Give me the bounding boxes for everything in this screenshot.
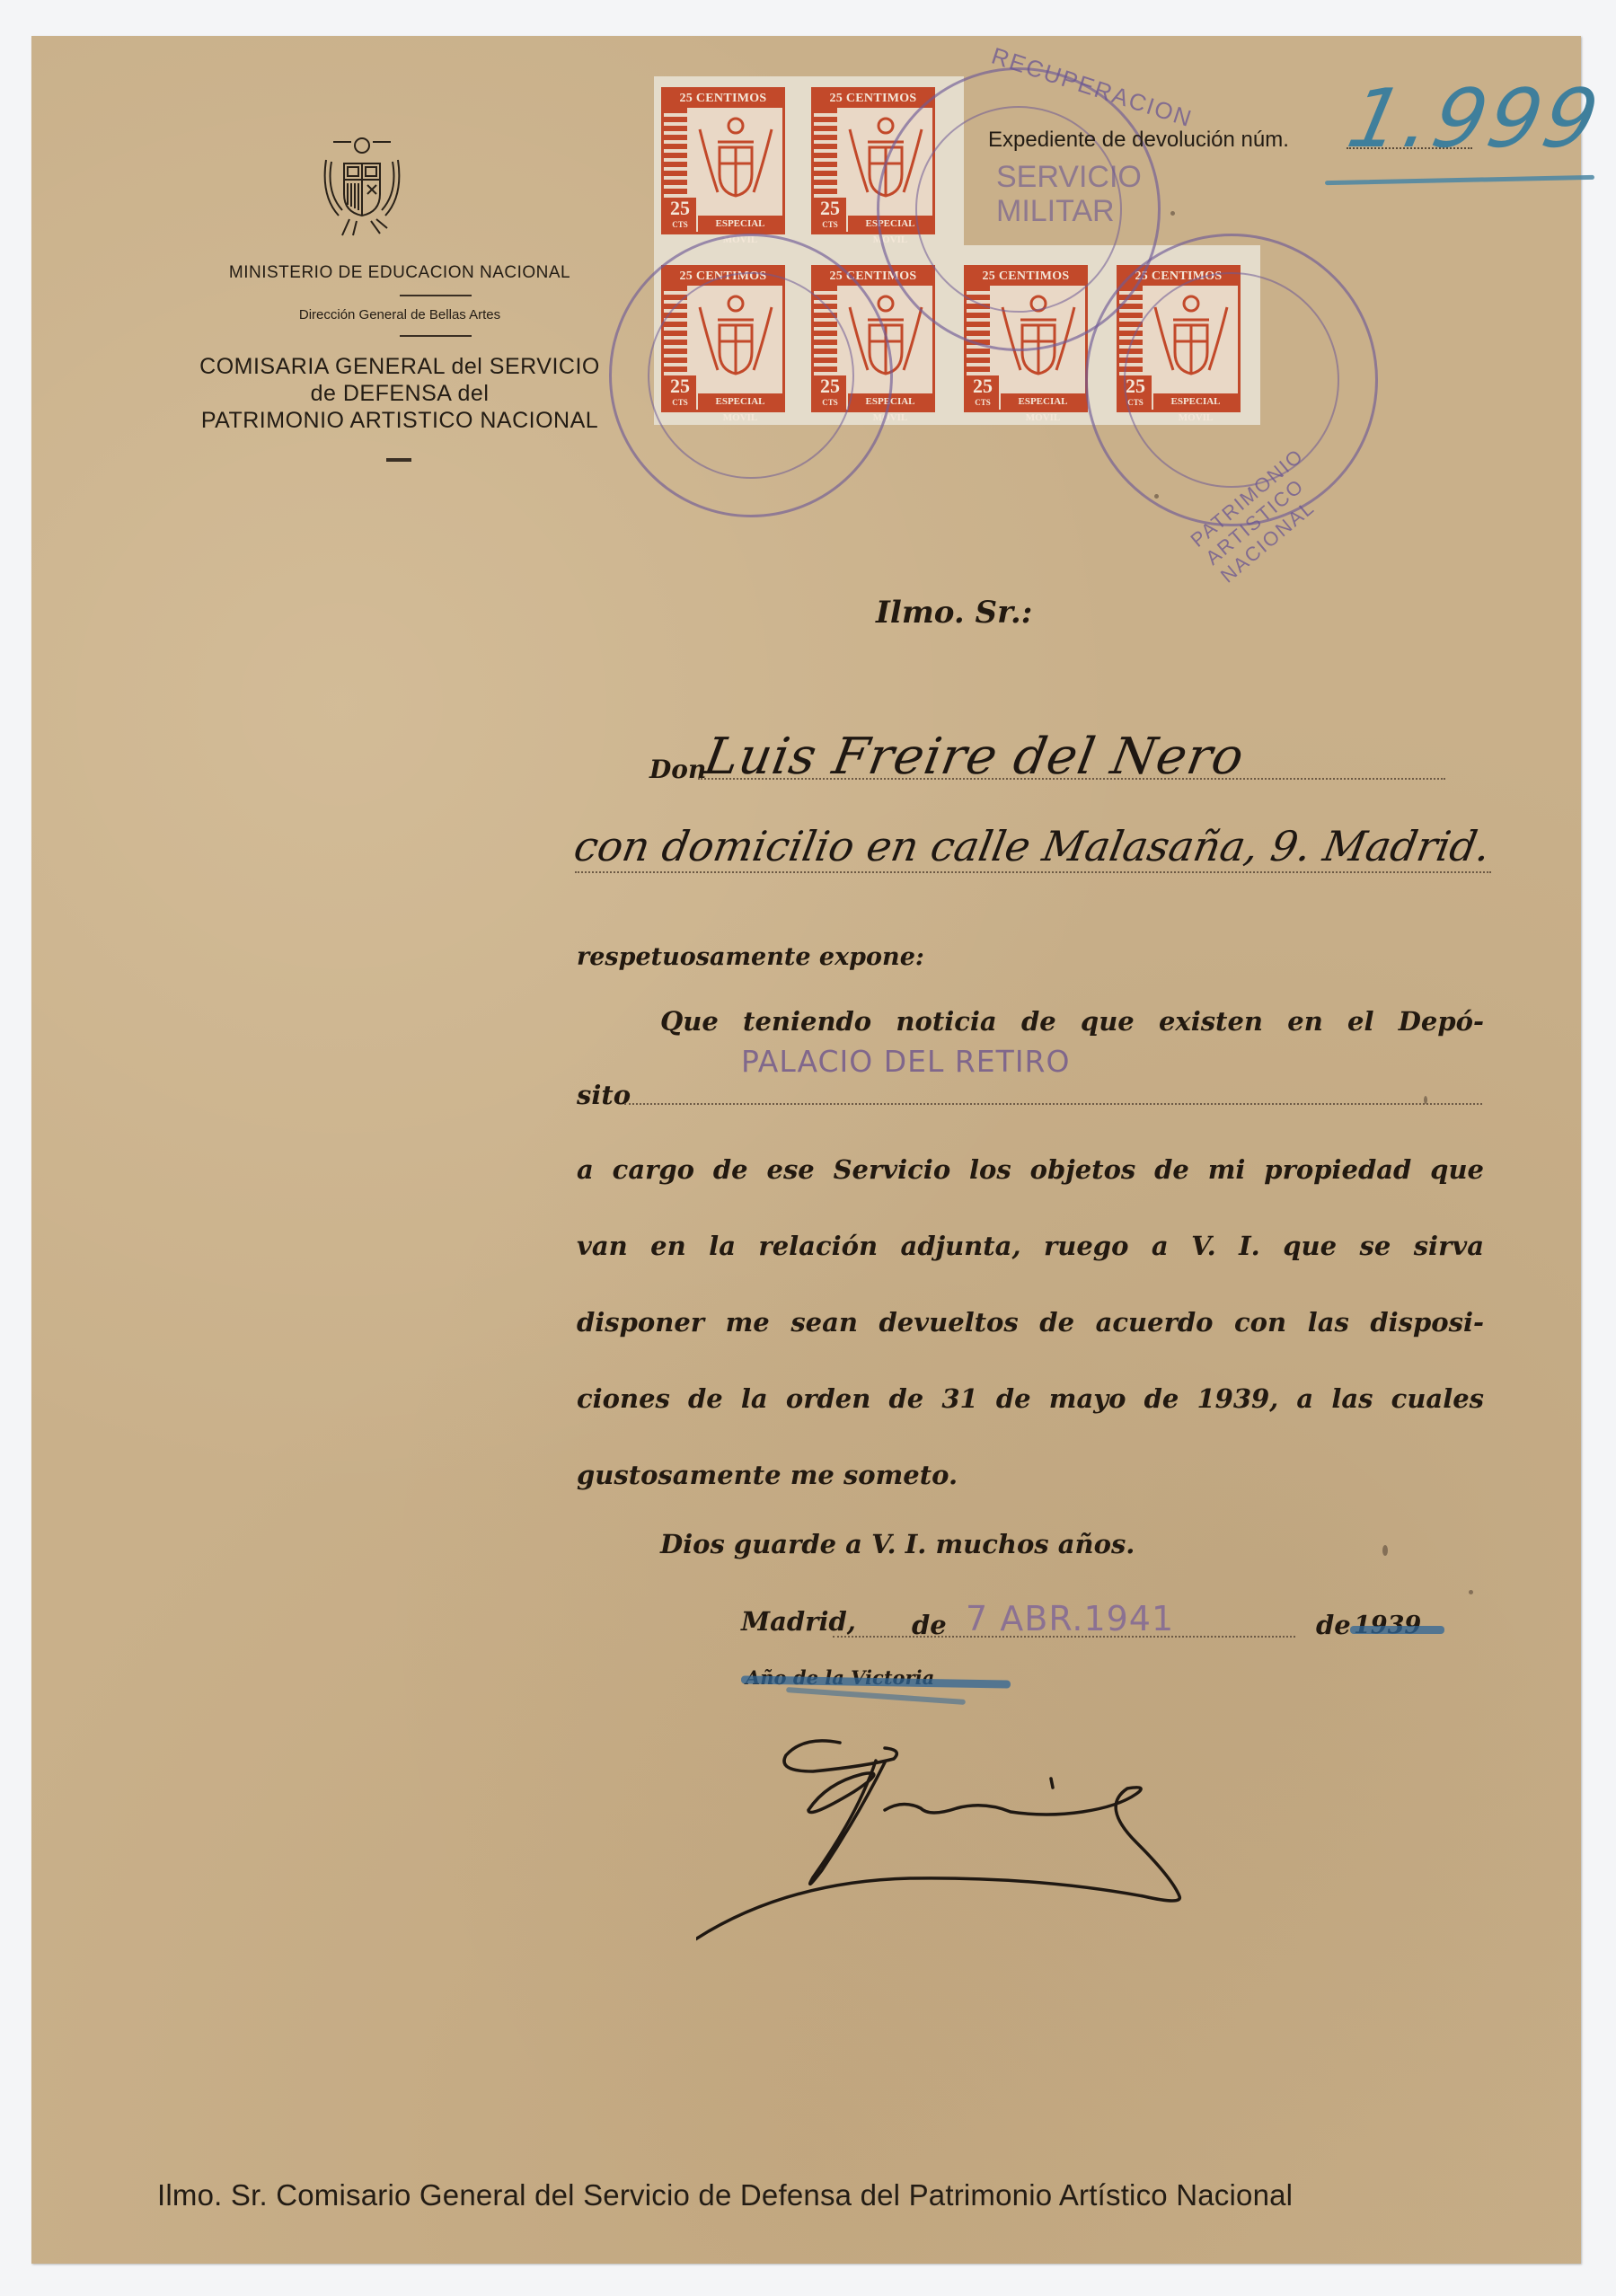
commission-line: de DEFENSA del	[139, 380, 660, 407]
expediente-underline	[1325, 175, 1594, 185]
deposito-stamp: PALACIO DEL RETIRO	[741, 1044, 1070, 1079]
don-label: Don	[649, 755, 706, 784]
blue-strikethrough	[786, 1687, 966, 1705]
ministry-title: MINISTERIO DE EDUCACION NACIONAL	[139, 263, 660, 283]
paper-speck	[1424, 1096, 1427, 1104]
paper-speck	[1154, 494, 1159, 499]
date-stamp: 7 ABR.1941	[966, 1599, 1174, 1638]
paper-speck	[1382, 1545, 1388, 1556]
stamp-denomination: 25 CENTIMOS	[814, 90, 932, 108]
spanish-coat-of-arms-icon	[317, 133, 407, 241]
body-line: a cargo de ese Servicio los objetos de m…	[577, 1154, 1484, 1185]
seal-center-text: SERVICIO MILITAR	[996, 160, 1142, 228]
body-line: gustosamente me someto.	[577, 1460, 1484, 1490]
date-de: de	[1316, 1610, 1351, 1640]
place-label: Madrid,	[741, 1606, 856, 1637]
stamp-value: 25	[664, 198, 696, 219]
applicant-name: Luis Freire del Nero	[700, 728, 1249, 786]
stamp-value: 25	[967, 375, 999, 397]
body-line: Que teniendo noticia de que existen en e…	[660, 1006, 1484, 1037]
divider	[400, 295, 472, 296]
handwritten-signature-icon	[696, 1725, 1343, 1949]
deposito-dotted-line	[624, 1103, 1482, 1105]
body-line: disponer me sean devueltos de acuerdo co…	[577, 1307, 1484, 1338]
stamp-unit: CTS	[664, 219, 696, 230]
address-dotted-line	[575, 871, 1491, 873]
commission-line: PATRIMONIO ARTISTICO NACIONAL	[139, 407, 660, 434]
stamp-unit: CTS	[814, 219, 846, 230]
document-page: MINISTERIO DE EDUCACION NACIONAL Direcci…	[31, 36, 1581, 2264]
expediente-label: Expediente de devolución núm.	[988, 128, 1289, 153]
divider	[400, 335, 472, 337]
cancellation-seal: PATRIMONIO ARTISTICO NACIONAL	[1085, 234, 1378, 526]
commission-line: COMISARIA GENERAL del SERVICIO	[139, 353, 660, 380]
stamp-value: 25	[814, 198, 846, 219]
stamp-unit: CTS	[967, 397, 999, 408]
date-de: de	[912, 1610, 947, 1640]
body-line: van en la relación adjunta, ruego a V. I…	[577, 1231, 1484, 1261]
body-line: sito	[577, 1080, 1484, 1110]
seal-center-line: SERVICIO	[996, 160, 1142, 194]
expediente-number: 1.999	[1340, 72, 1610, 166]
cancellation-seal	[609, 234, 893, 517]
paper-speck	[1170, 211, 1175, 216]
addressee-footer: Ilmo. Sr. Comisario General del Servicio…	[157, 2178, 1293, 2212]
seal-center-line: MILITAR	[996, 194, 1142, 228]
eagle-icon	[691, 111, 781, 212]
paper-speck	[1469, 1590, 1473, 1594]
stamp-denomination: 25 CENTIMOS	[664, 90, 782, 108]
revenue-stamp: 25 CENTIMOS 25CTS ESPECIAL MOVIL	[661, 87, 785, 234]
body-line: ciones de la orden de 31 de mayo de 1939…	[577, 1383, 1484, 1414]
direction-title: Dirección General de Bellas Artes	[139, 307, 660, 322]
commission-title: COMISARIA GENERAL del SERVICIO de DEFENS…	[139, 353, 660, 434]
closing-formula: Dios guarde a V. I. muchos años.	[660, 1529, 1135, 1559]
applicant-address: con domicilio en calle Malasaña, 9. Madr…	[570, 822, 1494, 870]
stamp-type: ESPECIAL MOVIL	[698, 216, 782, 232]
divider	[386, 458, 411, 462]
stamp-type: ESPECIAL MOVIL	[1001, 393, 1085, 410]
expone-label: respetuosamente expone:	[577, 943, 924, 971]
blue-strikethrough	[1350, 1626, 1444, 1634]
salutation: Ilmo. Sr.:	[876, 595, 1032, 631]
